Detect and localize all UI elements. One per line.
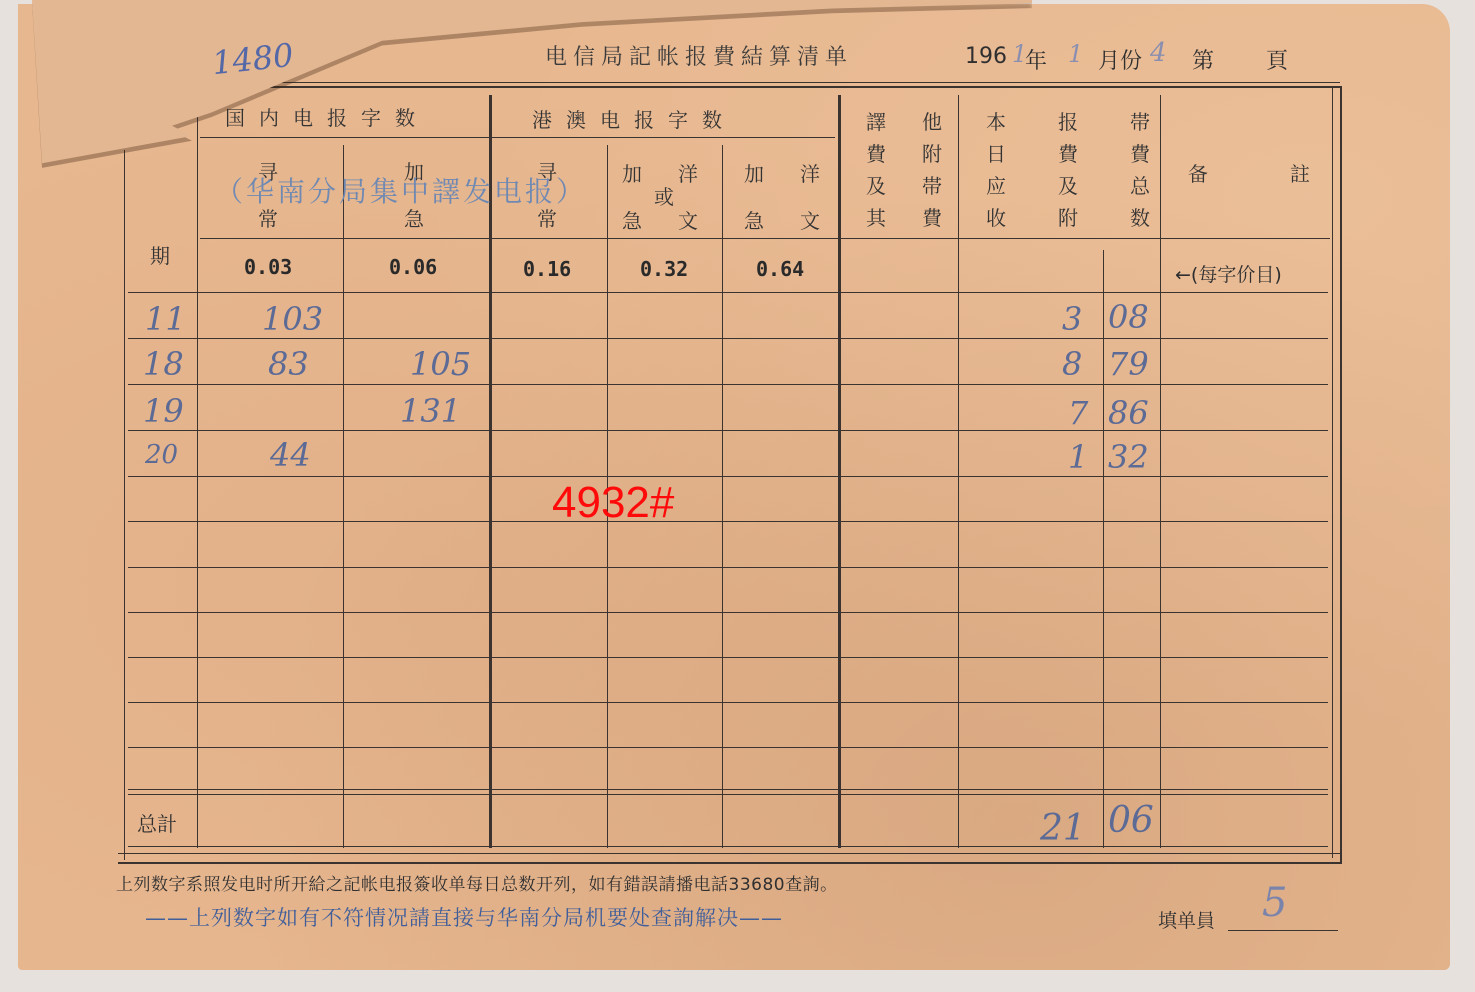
row-line <box>128 657 1328 658</box>
month-label: 月份 <box>1098 44 1142 75</box>
hk-urgent-foreign-header-bottom: 急 文 <box>744 205 828 234</box>
row-1-total-fen: 08 <box>1108 298 1149 336</box>
row-2-date: 18 <box>143 345 184 383</box>
row-4-total-yuan: 1 <box>1068 438 1088 476</box>
row-4-dom-normal: 44 <box>270 436 311 474</box>
row-3-total-fen: 86 <box>1108 394 1149 432</box>
row-line <box>128 747 1328 748</box>
month-handwritten: 1 <box>1068 40 1083 68</box>
page-prefix: 第 <box>1192 44 1214 75</box>
footer-stamp-note: ——上列数字如有不符情况請直接与华南分局机要处查詢解决—— <box>145 902 783 932</box>
daily-total-header-3: 应 及 总 <box>986 170 1166 199</box>
branch-stamp-header: （华南分局集中譯发电报） <box>215 170 587 210</box>
rate-dom-normal: 0.03 <box>244 255 292 279</box>
bottom-double-line-bottom <box>118 853 1340 854</box>
filler-signature: 5 <box>1262 880 1287 926</box>
row-line <box>128 292 1328 293</box>
row-3-date: 19 <box>143 392 184 430</box>
hk-urgent-foreign-header-top: 加 洋 <box>744 158 828 187</box>
col-line-date <box>197 100 198 848</box>
row-1-date: 11 <box>145 300 186 338</box>
col-line-other <box>958 95 959 848</box>
row-line <box>128 612 1328 613</box>
row-1-dom-normal: 103 <box>262 300 323 338</box>
totals-fen: 06 <box>1108 800 1154 841</box>
totals-yuan: 21 <box>1040 808 1086 849</box>
col-line-dom1 <box>343 145 344 848</box>
col-line-hk-end <box>838 95 841 848</box>
row-2-total-yuan: 8 <box>1062 345 1082 383</box>
hk-urgent-or-foreign-header-bottom: 急 文 <box>622 205 706 234</box>
other-fees-header-1: 譯 他 <box>866 106 950 135</box>
row-4-total-fen: 32 <box>1108 438 1149 476</box>
header-bottom-line <box>200 238 1330 239</box>
catalog-number-label: 4932# <box>552 478 674 528</box>
rate-hk-urgent-foreign: 0.64 <box>756 257 804 281</box>
row-1-total-yuan: 3 <box>1062 300 1082 338</box>
totals-label: 总計 <box>137 808 177 837</box>
other-fees-header-2: 費 附 <box>866 138 950 167</box>
bottom-double-line-top <box>128 846 1328 847</box>
rate-hk-urgent-or-foreign: 0.32 <box>640 257 688 281</box>
rate-hk-normal: 0.16 <box>523 257 571 281</box>
daily-total-header-1: 本 报 帯 <box>986 106 1166 135</box>
frame-top-double-line <box>118 82 1340 83</box>
row-line <box>128 476 1328 477</box>
row-2-dom-normal: 83 <box>268 345 309 383</box>
remarks-rate-note: ←(每字价目) <box>1175 260 1282 287</box>
totals-double-line-top <box>128 789 1328 790</box>
row-line <box>128 567 1328 568</box>
row-line <box>128 702 1328 703</box>
totals-double-line-bottom <box>128 794 1328 795</box>
domestic-group-header: 国内电报字数 <box>225 102 429 131</box>
hkmacau-group-header: 港澳电报字数 <box>532 104 736 133</box>
other-fees-header-4: 其 費 <box>866 202 950 231</box>
col-line-hk2 <box>722 145 723 848</box>
row-line <box>128 338 1328 339</box>
date-column-header: 期 <box>150 240 172 269</box>
row-2-total-fen: 79 <box>1108 345 1149 383</box>
filler-label: 填单員 <box>1158 906 1215 933</box>
row-line <box>128 384 1328 385</box>
footer-printed-note: 上列数字系照发电时所开給之記帐电报簽收单每日总数开列，如有錯誤請播电話33680… <box>116 870 838 895</box>
daily-total-header-4: 收 附 数 <box>986 202 1166 231</box>
year-label: 年 <box>1025 44 1047 75</box>
rate-dom-urgent: 0.06 <box>389 255 437 279</box>
row-3-total-yuan: 7 <box>1068 394 1088 432</box>
row-line <box>128 521 1328 522</box>
row-3-dom-urgent: 131 <box>400 392 461 430</box>
frame-left-line <box>124 150 125 860</box>
page-handwritten: 4 <box>1150 38 1167 68</box>
row-2-dom-urgent: 105 <box>410 345 471 383</box>
header-group-divider <box>200 137 835 138</box>
page-suffix: 頁 <box>1266 44 1288 75</box>
form-title: 电信局記帐报費結算清单 <box>545 40 853 71</box>
remarks-header: 备 註 <box>1188 158 1324 187</box>
top-handwritten-note: 1480 <box>210 36 295 82</box>
year-prefix: 196 <box>965 44 1007 69</box>
daily-total-header-2: 日 費 費 <box>986 138 1166 167</box>
other-fees-header-3: 及 帯 <box>866 170 950 199</box>
col-line-yuan-fen <box>1103 250 1104 848</box>
frame-right-inner-line <box>1332 88 1333 858</box>
filler-signature-line <box>1228 930 1338 931</box>
row-4-date: 20 <box>145 440 178 470</box>
